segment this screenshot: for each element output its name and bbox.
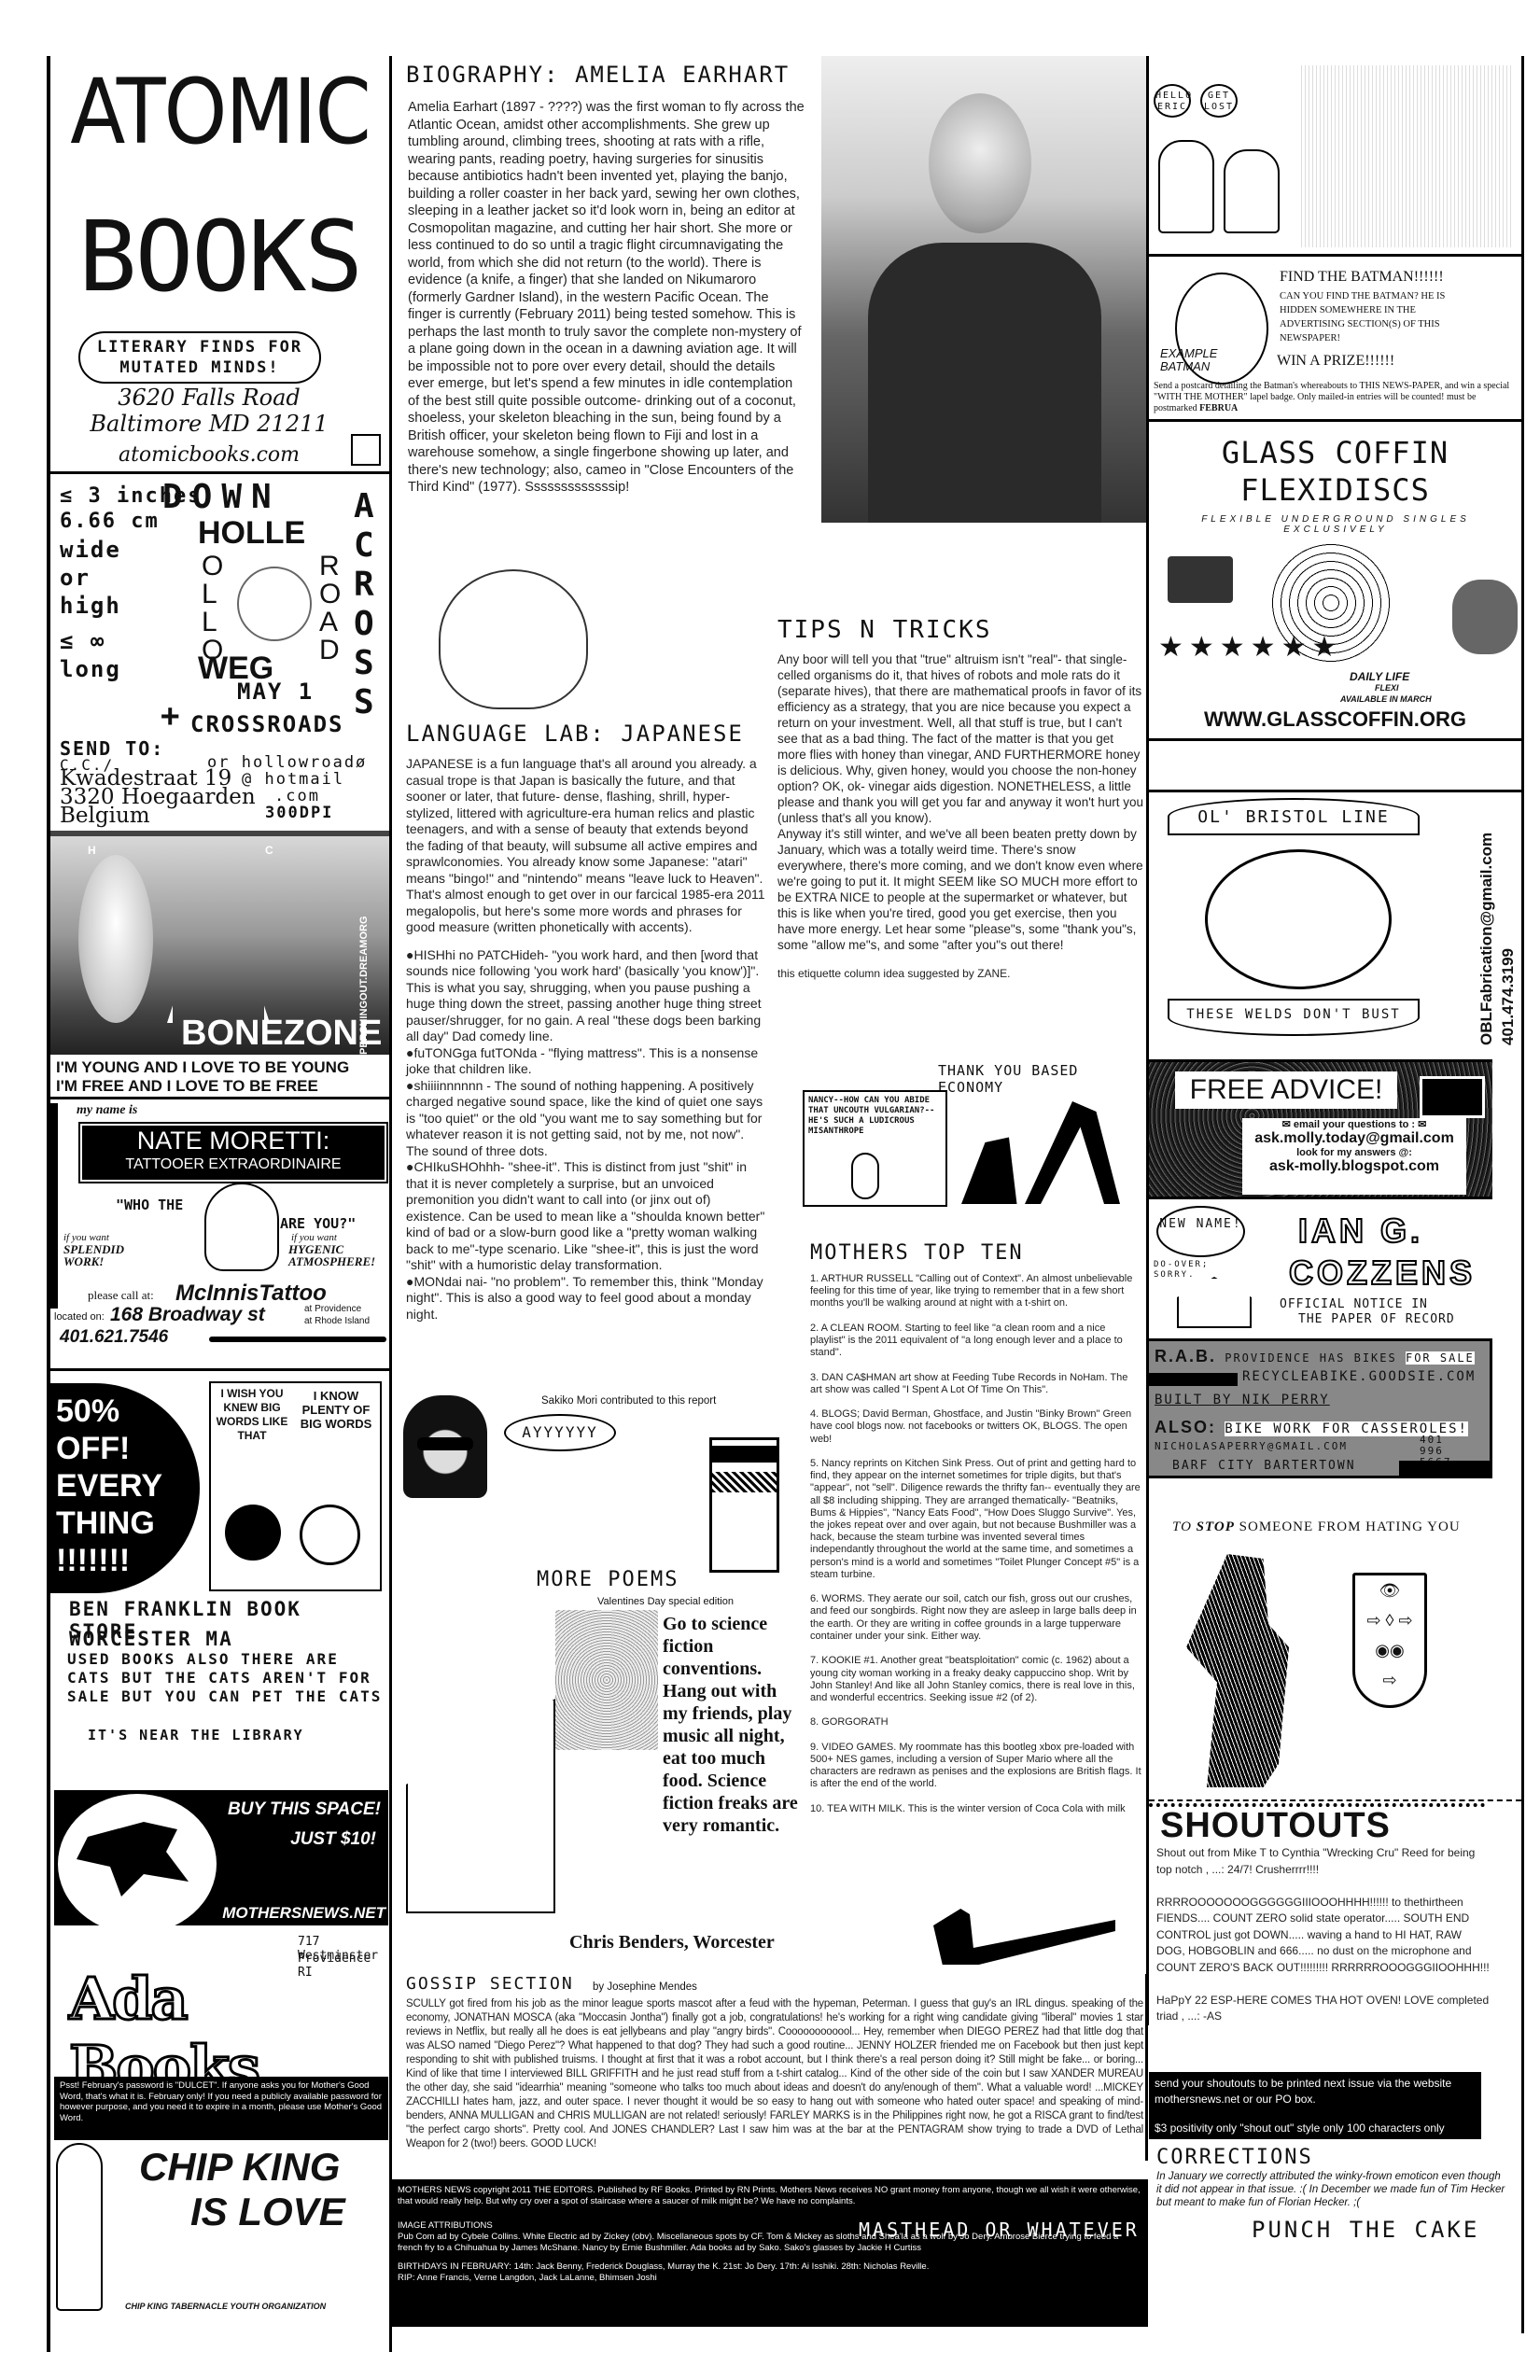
cozzens-notice-2: THE PAPER OF RECORD xyxy=(1298,1312,1455,1326)
atomic-address-2: Baltimore MD 21211 xyxy=(78,411,340,437)
shoutouts-section: SHOUTOUTS Shout out from Mike T to Cynth… xyxy=(1149,1803,1521,2074)
gossip-byline: by Josephine Mendes xyxy=(593,1981,697,1993)
crossroads-word: CROSSROADS xyxy=(190,711,344,737)
stop-hating-title: TO STOP SOMEONE FROM HATING YOU xyxy=(1172,1519,1461,1535)
stop-hating-section: TO STOP SOMEONE FROM HATING YOU 👁⇨ ◊ ⇨◉◉… xyxy=(1149,1484,1521,1801)
sale-line-1: 50% xyxy=(56,1393,194,1430)
column-divider-left xyxy=(389,56,392,2352)
title-prefix: TO xyxy=(1172,1519,1197,1534)
thank-you-note: THANK YOU BASED ECONOMY xyxy=(938,1062,1146,1096)
birthdays-text: BIRTHDAYS IN FEBRUARY: 14th: Jack Benny,… xyxy=(398,2261,1142,2273)
cozzens-notice-1: OFFICIAL NOTICE IN xyxy=(1280,1297,1428,1311)
size-spec-3: wide or high xyxy=(60,536,144,620)
pegasus-circle xyxy=(58,1794,217,1925)
advice-line-1: ✉ email your questions to : ✉ xyxy=(1242,1118,1466,1130)
left-big: SPLENDID WORK! xyxy=(63,1243,147,1267)
scribble xyxy=(209,1337,386,1342)
tv-icon xyxy=(1420,1076,1485,1118)
plus-sign: + xyxy=(161,697,181,735)
buy-space-headline: BUY THIS SPACE! xyxy=(227,1799,381,1820)
buy-this-space-ad[interactable]: BUY THIS SPACE! JUST $10! MOTHERSNEWS.NE… xyxy=(54,1790,388,1925)
hello-eric-comic: HELLO ERIC GET LOST xyxy=(1149,56,1521,257)
store-description: USED BOOKS ALSO THERE ARE CATS BUT THE C… xyxy=(67,1650,385,1706)
comic-bubble-hello: HELLO ERIC xyxy=(1154,84,1191,118)
atomic-title: ATOMIC xyxy=(50,65,389,159)
shoutouts-submit-box: send your shoutouts to be printed next i… xyxy=(1149,2072,1481,2139)
find-batman-contest: EXAMPLE BATMAN FIND THE BATMAN!!!!!! CAN… xyxy=(1149,263,1521,422)
shoutouts-title: SHOUTOUTS xyxy=(1160,1809,1391,1842)
tagline-line-2: I'M FREE AND I LOVE TO BE FREE xyxy=(56,1077,318,1096)
top-ten-section: MOTHERS TOP TEN 1. ARTHUR RUSSELL "Calli… xyxy=(803,1241,1148,1857)
holle-word: HOLLE xyxy=(198,515,305,552)
top-ten-item: 3. DAN CA$HMAN art show at Feeding Tube … xyxy=(810,1372,1141,1396)
chip-king-line-1: CHIP KING xyxy=(139,2145,340,2190)
comic-bubble-left: I WISH YOU KNEW BIG WORDS LIKE THAT xyxy=(215,1387,289,1443)
pipe-illustration xyxy=(933,1909,1115,1965)
size-spec-4: ≤ ∞ long xyxy=(60,627,144,683)
holle-weg-ad: ≤ 3 inches 6.66 cm wide or high ≤ ∞ long… xyxy=(50,478,389,831)
rab-name: R.A.B. xyxy=(1155,1347,1216,1365)
down-word: DOWN xyxy=(162,478,281,516)
black-bar xyxy=(1399,1461,1492,1478)
nancy-character xyxy=(225,1505,281,1561)
biography-body: Amelia Earhart (1897 - ????) was the fir… xyxy=(408,99,805,497)
example-batman-label: EXAMPLE BATMAN xyxy=(1160,347,1263,373)
shop-street: 168 Broadway st xyxy=(110,1304,265,1326)
masthead-copyright: MOTHERS NEWS copyright 2011 THE EDITORS.… xyxy=(398,2185,1142,2207)
language-lab-heading: LANGUAGE LAB: JAPANESE xyxy=(406,721,744,747)
top-ten-list: 1. ARTHUR RUSSELL "Calling out of Contex… xyxy=(810,1273,1141,1815)
glass-coffin-ad: GLASS COFFIN FLEXIDISCS FLEXIBLE UNDERGR… xyxy=(1149,426,1521,792)
bristol-banner-bottom: THESE WELDS DON'T BUST xyxy=(1168,999,1420,1036)
for-sale-highlight: FOR SALE xyxy=(1406,1351,1475,1365)
top-ten-item: 9. VIDEO GAMES. My roommate has this boo… xyxy=(810,1742,1141,1791)
poems-subheading: Valentines Day special edition xyxy=(597,1596,734,1607)
bristol-line-ad: OL' BRISTOL LINE THESE WELDS DON'T BUST … xyxy=(1149,793,1521,1055)
phrase-item: HISHhi no PATCHideh- "you work hard, and… xyxy=(406,947,765,1045)
books-title: BOOKS xyxy=(50,205,389,308)
stars-row: ★★★★★★ xyxy=(1158,631,1410,664)
letter-h: H xyxy=(88,844,96,857)
also-label: ALSO: xyxy=(1155,1418,1216,1436)
tips-heading: TIPS N TRICKS xyxy=(777,616,992,644)
batman-body: CAN YOU FIND THE BATMAN? HE IS HIDDEN SO… xyxy=(1280,289,1480,345)
chip-illustration xyxy=(1168,556,1233,603)
advice-info-box: ✉ email your questions to : ✉ ask.molly.… xyxy=(1242,1118,1466,1195)
corrections-signature: PUNCH THE CAKE xyxy=(1252,2217,1479,2243)
shop-name: McInnisTattoo xyxy=(175,1281,327,1307)
divider xyxy=(50,471,389,474)
rab-bikes-ad: R.A.B. PROVIDENCE HAS BIKES FOR SALE REC… xyxy=(1149,1338,1492,1478)
cartoon-dog xyxy=(204,1183,279,1271)
shadowy-figure xyxy=(1186,1554,1289,1787)
tattooer-name: NATE MORETTI: xyxy=(82,1126,385,1155)
masthead-title: MASTHEAD OR WHATEVER xyxy=(859,2219,1140,2241)
gossip-body: SCULLY got fired from his job as the min… xyxy=(406,1997,1143,2151)
speech-bubble: AYYYYYY xyxy=(504,1414,616,1451)
sale-line-3: EVERY xyxy=(56,1467,194,1505)
comic-girl xyxy=(1158,140,1214,233)
glass-coffin-tagline: FLEXIBLE UNDERGROUND SINGLES EXCLUSIVELY xyxy=(1177,514,1494,535)
poem-text: Go to science fiction conventions. Hang … xyxy=(663,1613,798,1837)
rab-email[interactable]: NICHOLASAPERRY@GMAIL.COM xyxy=(1155,1440,1348,1452)
gossip-heading: GOSSIP SECTION xyxy=(406,1974,574,1994)
glass-coffin-site[interactable]: WWW.GLASSCOFFIN.ORG xyxy=(1149,707,1521,732)
sunglasses-icon xyxy=(417,1437,473,1450)
bristol-banner: OL' BRISTOL LINE xyxy=(1168,798,1420,835)
located-label: located on: xyxy=(54,1311,105,1323)
comic-room xyxy=(1298,65,1513,247)
new-name-bubble: NEW NAME! xyxy=(1156,1206,1245,1257)
email-3: .com xyxy=(274,787,320,805)
name-plate: NATE MORETTI: TATTOOER EXTRAORDINAIRE xyxy=(80,1124,386,1182)
phrase-item: fuTONGga futTONda - "flying mattress". T… xyxy=(406,1045,765,1078)
sale-badge: 50% OFF! EVERY THING !!!!!!! xyxy=(50,1383,200,1593)
glass-coffin-title: GLASS COFFIN xyxy=(1149,435,1521,470)
advice-line-2: look for my answers @: xyxy=(1242,1147,1466,1158)
shoutout-entry: Shout out from Mike T to Cynthia "Wrecki… xyxy=(1156,1845,1492,1878)
corrections-section: CORRECTIONS In January we correctly attr… xyxy=(1149,2142,1521,2329)
quote-part-2: ARE YOU?" xyxy=(280,1215,356,1232)
chip-king-org: CHIP KING TABERNACLE YOUTH ORGANIZATION xyxy=(125,2302,326,2311)
wolf-illustration xyxy=(439,569,588,709)
email-2: @ hotmail xyxy=(242,770,344,789)
right-border xyxy=(1521,56,1524,2333)
password-note: Psst! February's password is "DULCET". I… xyxy=(54,2077,388,2140)
language-lab-intro: JAPANESE is a fun language that's all ar… xyxy=(406,756,765,936)
biography-heading: BIOGRAPHY: AMELIA EARHART xyxy=(406,62,790,88)
size-spec-2: 6.66 cm xyxy=(60,510,160,533)
advice-site[interactable]: ask-molly.blogspot.com xyxy=(1242,1158,1466,1175)
cozzens-name-1: IAN G. xyxy=(1298,1211,1423,1251)
serpent-illustration xyxy=(237,567,312,641)
title-bold: STOP xyxy=(1197,1519,1235,1534)
shop-state: at Rhode Island xyxy=(304,1316,370,1326)
title-suffix: SOMEONE FROM HATING YOU xyxy=(1235,1519,1461,1534)
ada-books-ad: 717 Westminster Providence RI Ada Books xyxy=(50,1927,389,2077)
flexidiscs-title: FLEXIDISCS xyxy=(1149,472,1521,508)
nancy-comic-strip: NANCY--HOW CAN YOU ABIDE THAT UNCOUTH VU… xyxy=(803,1090,947,1207)
sale-line-4: THING xyxy=(56,1505,194,1542)
jumping-figure xyxy=(78,855,153,1023)
poet-photo xyxy=(555,1610,658,1750)
comic-character xyxy=(851,1153,879,1199)
rip-text: RIP: Anne Francis, Verne Langdon, Jack L… xyxy=(398,2273,1142,2284)
shoutouts-submit: send your shoutouts to be printed next i… xyxy=(1155,2076,1476,2107)
sluggo-character xyxy=(300,1505,360,1565)
shoutout-entry: RRRROOOOOOOGGGGGGIIIOOOHHHH!!!!!! to the… xyxy=(1156,1895,1492,1977)
tips-paragraph-1: Any boor will tell you that "true" altru… xyxy=(777,651,1144,826)
pegasus-icon xyxy=(77,1822,189,1897)
leather-jacket xyxy=(868,243,1101,523)
rab-line-2[interactable]: RECYCLEABIKE.GOODSIE.COM xyxy=(1242,1369,1476,1384)
release-date: AVAILABLE IN MARCH xyxy=(1340,694,1432,704)
skeleton-figure xyxy=(56,2143,103,2311)
event-date: MAY 1 xyxy=(237,679,314,705)
cup-illustration xyxy=(709,1437,779,1573)
ada-books-logo: Ada Books xyxy=(69,1965,377,2058)
atomic-tagline: LITERARY FINDS FOR MUTATED MINDS! xyxy=(78,331,321,384)
free-advice-title: FREE ADVICE! xyxy=(1175,1071,1397,1109)
mothersnews-site[interactable]: MOTHERSNEWS.NET xyxy=(194,1904,385,1923)
comic-bubble-get-lost: GET LOST xyxy=(1200,84,1238,118)
shop-city: at Providence xyxy=(304,1304,361,1314)
phrase-item: CHIkuSHOhhh- "shee-it". This is distinct… xyxy=(406,1159,765,1274)
bristol-phone[interactable]: 401.474.3199 xyxy=(1499,849,1519,1045)
cozzens-name-2: COZZENS xyxy=(1289,1253,1476,1293)
shoutouts-price: $3 positivity only "shout out" style onl… xyxy=(1155,2121,1476,2136)
top-ten-item: 5. Nancy reprints on Kitchen Sink Press.… xyxy=(810,1458,1141,1581)
language-lab-section: LANGUAGE LAB: JAPANESE JAPANESE is a fun… xyxy=(397,719,770,1372)
password-note-text: Psst! February's password is "DULCET". I… xyxy=(60,2080,383,2123)
poem-author: Chris Benders, Worcester xyxy=(569,1932,775,1953)
ben-franklin-ad: 50% OFF! EVERY THING !!!!!!! I WISH YOU … xyxy=(50,1374,389,1747)
do-over-note: DO-OVER; SORRY. xyxy=(1154,1260,1210,1281)
corrections-heading: CORRECTIONS xyxy=(1156,2146,1313,2169)
rab-line-1: R.A.B. PROVIDENCE HAS BIKES FOR SALE xyxy=(1155,1347,1475,1366)
house-illustration xyxy=(1177,1277,1252,1328)
chip-king-line-2: IS LOVE xyxy=(190,2190,345,2234)
zombie-face xyxy=(1452,580,1518,654)
my-name-is: my name is xyxy=(77,1103,137,1118)
tattooer-subtitle: TATTOOER EXTRAORDINAIRE xyxy=(82,1155,385,1174)
atom-icon xyxy=(351,434,381,466)
shoutout-entry: HaPpY 22 ESP-HERE COMES THA HOT OVEN! LO… xyxy=(1156,1993,1492,2025)
rab-line-6: BARF CITY BARTERTOWN xyxy=(1172,1459,1356,1473)
batman-rules: Send a postcard detailing the Batman's w… xyxy=(1154,381,1518,414)
poems-heading: MORE POEMS xyxy=(537,1568,679,1591)
store-city: WORCESTER MA xyxy=(69,1628,233,1650)
top-ten-heading: MOTHERS TOP TEN xyxy=(810,1241,1024,1265)
portrait-face xyxy=(929,93,1031,233)
bonezone-tagline: I'M YOUNG AND I LOVE TO BE YOUNG I'M FRE… xyxy=(50,1055,389,1099)
letter-c: C xyxy=(265,844,273,857)
atomic-website[interactable]: atomicbooks.com xyxy=(69,443,349,467)
sale-line-5: !!!!!!! xyxy=(56,1542,194,1579)
road-vertical: ROAD xyxy=(319,553,342,665)
release-title: DAILY LIFE xyxy=(1350,670,1409,683)
corrections-body: In January we correctly attributed the w… xyxy=(1156,2170,1506,2209)
a-shape xyxy=(167,864,270,1023)
bonezone-label: BONEZONE xyxy=(181,1014,368,1054)
top-ten-item: 2. A CLEAN ROOM. Starting to feel like "… xyxy=(810,1323,1141,1360)
please-call: please call at: xyxy=(88,1288,154,1303)
tattoo-ad: my name is NATE MORETTI: TATTOOER EXTRAO… xyxy=(50,1103,389,1374)
biography-section: BIOGRAPHY: AMELIA EARHART Amelia Earhart… xyxy=(397,56,821,579)
bonezone-ad: H C PERCHINGOUT.DREAMORG BONEZONE xyxy=(50,836,389,1055)
quote-part-1: "WHO THE xyxy=(116,1197,183,1213)
amelia-earhart-photo xyxy=(821,56,1148,523)
top-ten-item: 7. KOOKIE #1. Another great "beatsploita… xyxy=(810,1655,1141,1704)
tagline-line-1: I'M YOUNG AND I LOVE TO BE YOUNG xyxy=(56,1058,349,1077)
deadline-text: FEBRUA xyxy=(1199,403,1238,413)
staircase-illustration xyxy=(406,1699,555,1913)
masthead-box: MOTHERS NEWS copyright 2011 THE EDITORS.… xyxy=(392,2179,1148,2327)
advice-email[interactable]: ask.molly.today@gmail.com xyxy=(1242,1130,1466,1147)
send-to-addr-4: Belgium xyxy=(60,806,150,825)
top-ten-item: 10. TEA WITH MILK. This is the winter ve… xyxy=(810,1803,1141,1815)
bristol-email[interactable]: OBLFabrication@gmail.com xyxy=(1477,803,1498,1045)
batman-prize: WIN A PRIZE!!!!!! xyxy=(1277,353,1394,370)
phrase-item: MONdai nai- "no problem". To remember th… xyxy=(406,1274,765,1323)
language-lab-body: JAPANESE is a fun language that's all ar… xyxy=(406,756,765,1323)
atomic-books-ad: ATOMIC BOOKS LITERARY FINDS FOR MUTATED … xyxy=(50,56,389,471)
shop-phone[interactable]: 401.621.7546 xyxy=(60,1327,168,1348)
right-big: HYGENIC ATMOSPHERE! xyxy=(288,1243,389,1267)
shoutouts-list: Shout out from Mike T to Cynthia "Wrecki… xyxy=(1156,1845,1492,2025)
poems-section: MORE POEMS Valentines Day special editio… xyxy=(397,1568,798,1988)
batman-title: FIND THE BATMAN!!!!!! xyxy=(1280,269,1444,286)
top-ten-item: 1. ARTHUR RUSSELL "Calling out of Contex… xyxy=(810,1273,1141,1310)
hollo-vertical: OLLO xyxy=(202,553,224,665)
contributor-credit: Sakiko Mori contributed to this report xyxy=(541,1395,716,1407)
top-ten-item: 4. BLOGS; David Berman, Ghostface, and J… xyxy=(810,1408,1141,1446)
sale-line-2: OFF! xyxy=(56,1430,194,1467)
comic-boy xyxy=(1224,149,1280,233)
store-location-note: IT'S NEAR THE LIBRARY xyxy=(88,1727,304,1743)
dotted-divider xyxy=(1149,1803,1485,1808)
atomic-address-1: 3620 Falls Road xyxy=(78,385,340,411)
rab-line-3: BUILT BY NIK PERRY xyxy=(1155,1393,1330,1407)
amulet-tag: 👁⇨ ◊ ⇨◉◉⇨ xyxy=(1352,1573,1427,1708)
cozzens-notice: NEW NAME! DO-OVER; SORRY. IAN G. COZZENS… xyxy=(1149,1202,1521,1333)
divider xyxy=(50,1368,389,1371)
nancy-comic-panel: I WISH YOU KNEW BIG WORDS LIKE THAT I KN… xyxy=(209,1381,382,1591)
torn-edge xyxy=(50,1103,58,1309)
top-ten-item: 8. GORGORATH xyxy=(810,1716,1141,1729)
comic-bubble-right: I KNOW PLENTY OF BIG WORDS xyxy=(293,1389,379,1431)
top-ten-item: 6. WORMS. They aerate our soil, catch ou… xyxy=(810,1593,1141,1643)
comic-dialogue: NANCY--HOW CAN YOU ABIDE THAT UNCOUTH VU… xyxy=(808,1096,944,1137)
chip-king-ad: CHIP KING IS LOVE CHIP KING TABERNACLE Y… xyxy=(50,2143,389,2330)
welder-creature-illustration xyxy=(1205,849,1392,989)
gossip-section: GOSSIP SECTION by Josephine Mendes SCULL… xyxy=(397,1974,1148,2161)
phrase-item: shiiiinnnnnn - The sound of nothing happ… xyxy=(406,1078,765,1160)
dpi-spec: 300DPI xyxy=(265,804,333,822)
black-bar xyxy=(1149,1373,1238,1386)
email-1: or hollowroadø xyxy=(207,753,367,772)
across-word: ACROSS xyxy=(354,487,382,722)
release-format: FLEXI xyxy=(1375,683,1399,693)
tips-paragraph-2: Anyway it's still winter, and we've all … xyxy=(777,826,1144,953)
tips-suggestion: this etiquette column idea suggested by … xyxy=(777,966,1144,982)
buy-space-price: JUST $10! xyxy=(227,1829,376,1850)
tips-body: Any boor will tell you that "true" altru… xyxy=(777,651,1144,982)
free-advice-ad: FREE ADVICE! ✉ email your questions to :… xyxy=(1149,1059,1492,1199)
divider xyxy=(1149,738,1521,741)
rab-text: PROVIDENCE HAS BIKES xyxy=(1225,1351,1397,1365)
sakiko-portrait xyxy=(403,1395,487,1498)
